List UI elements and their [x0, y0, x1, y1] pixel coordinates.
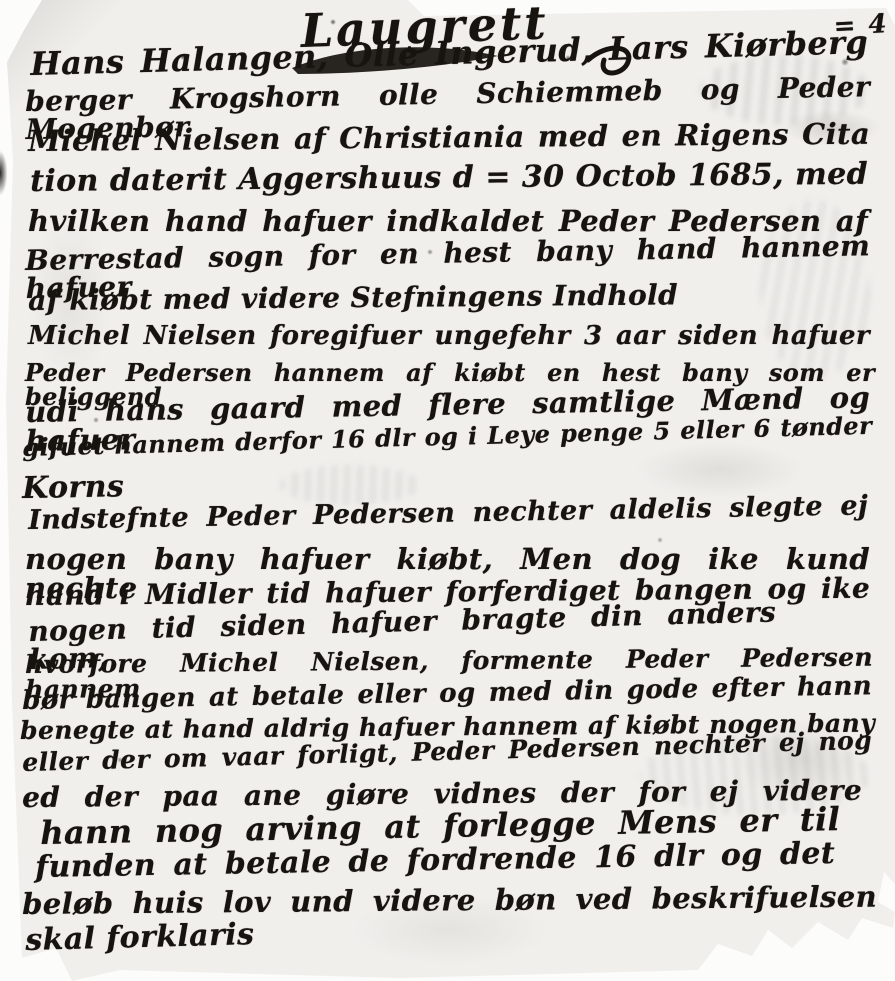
manuscript-line: tion daterit Aggershuus d = 30 Octob 168…	[30, 160, 868, 197]
manuscript-line: skal forklaris	[25, 920, 255, 956]
manuscript-line: Korns	[22, 472, 124, 504]
manuscript-line: af kiøbt med videre Stefningens Indhold	[28, 281, 678, 315]
manuscript-line: beløb huis lov und videre bøn ved beskri…	[22, 883, 877, 919]
ink-smudge	[0, 140, 11, 206]
manuscript-line: Michel Nielsen foregifuer ungefehr 3 aar…	[28, 323, 870, 349]
scanned-manuscript-screenshot: { "manuscript": { "title": "Laugrett", "…	[0, 0, 895, 981]
manuscript-line: Michel Nielsen af Christiania med en Rig…	[28, 120, 870, 156]
